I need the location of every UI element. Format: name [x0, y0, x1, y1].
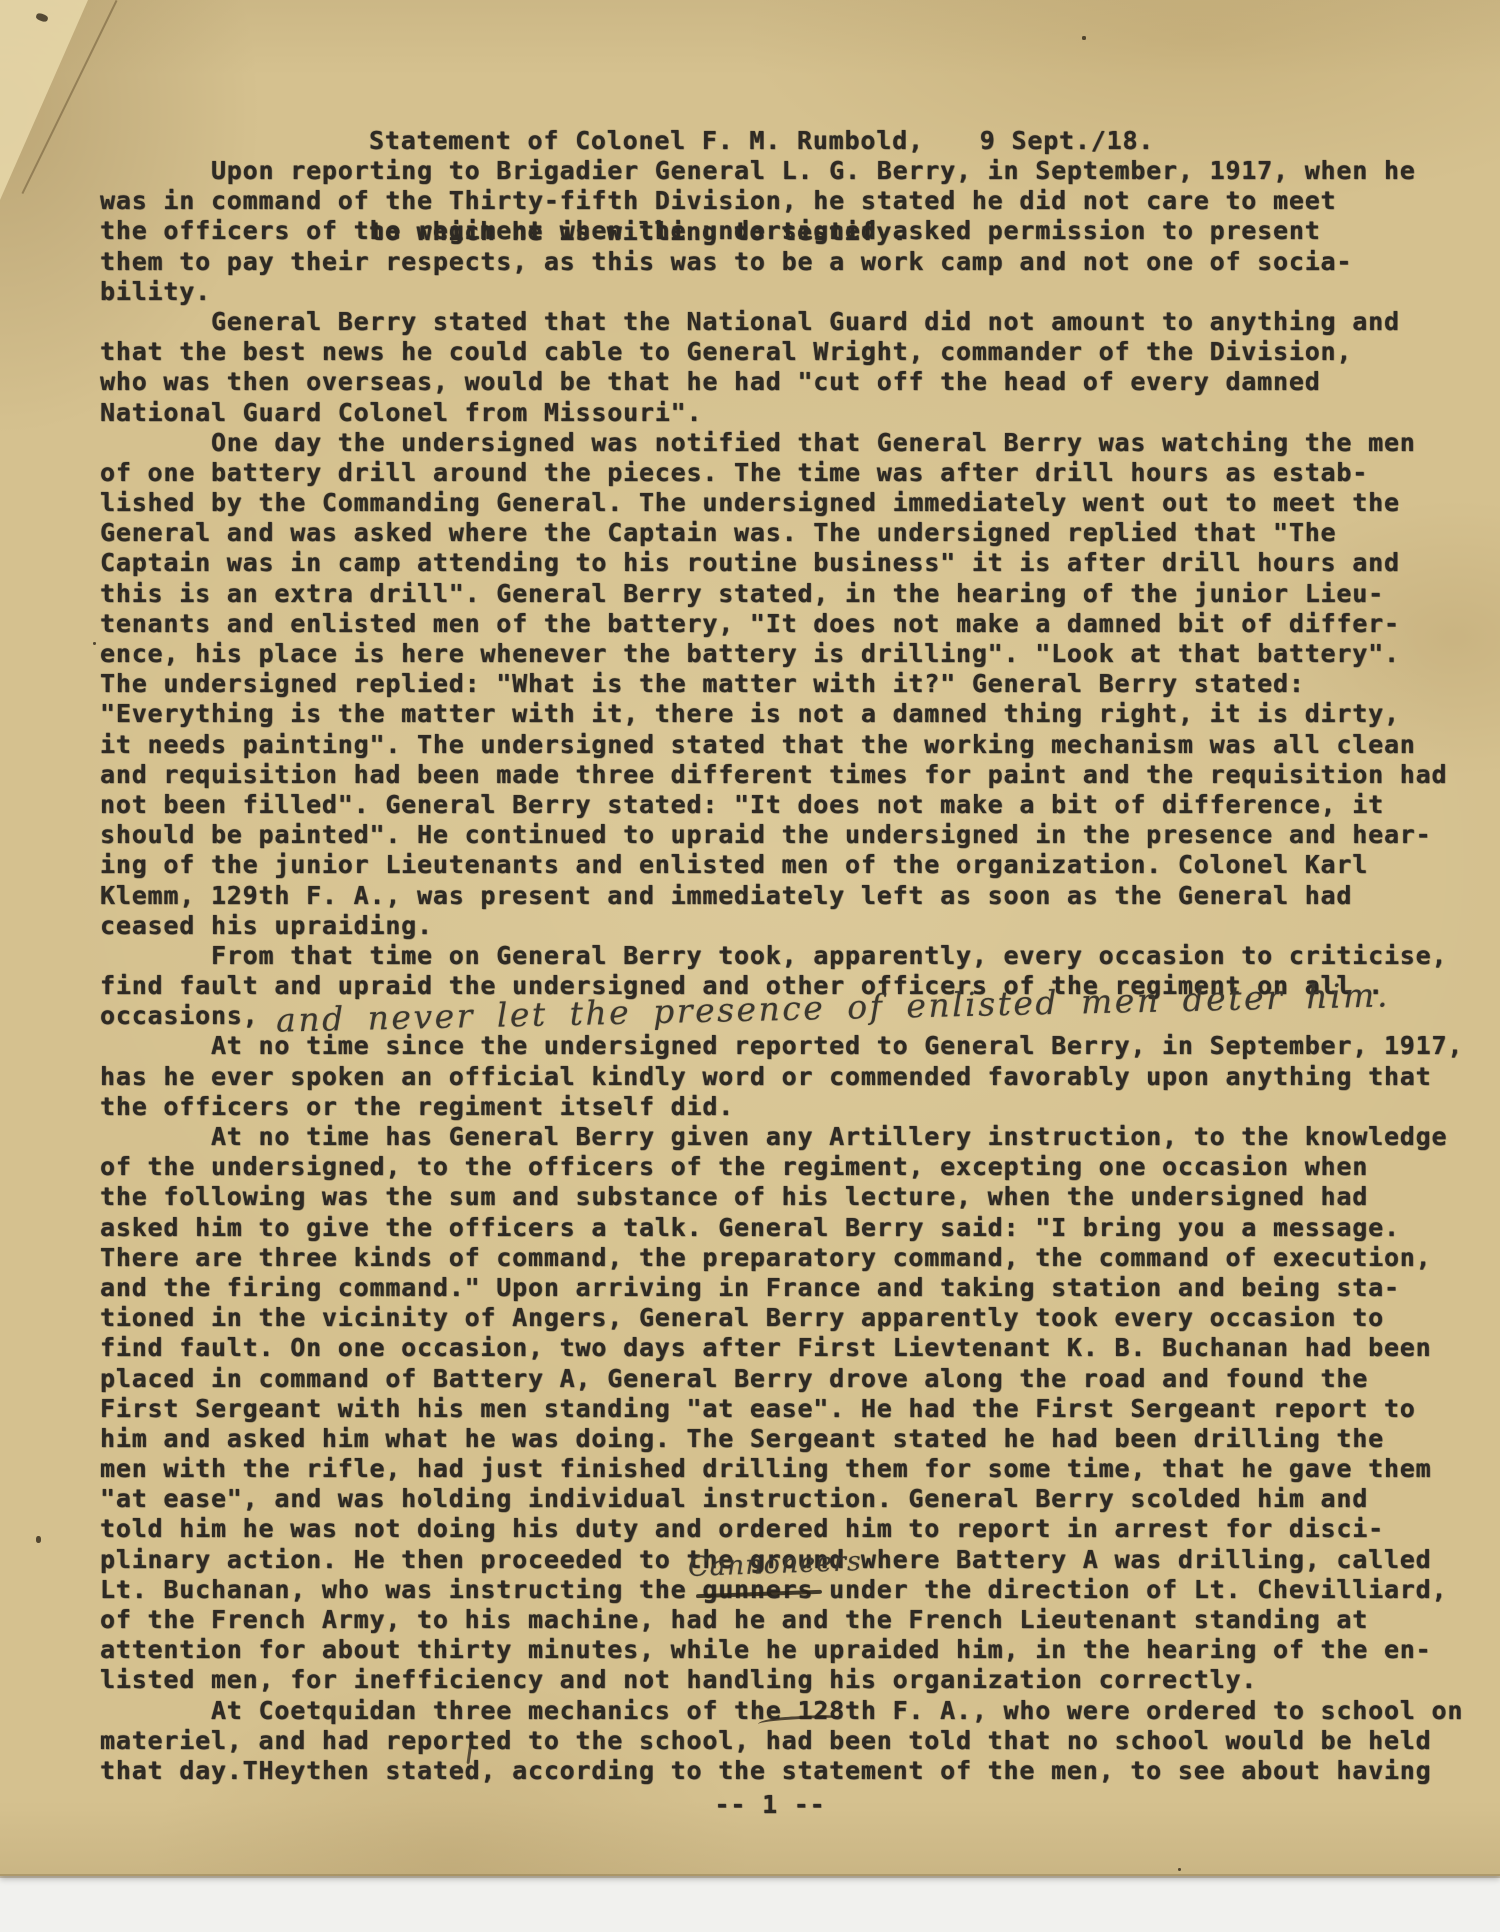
typed-line: materiel, and had reported to the school…: [100, 1726, 1460, 1756]
typed-line: "at ease", and was holding individual in…: [100, 1484, 1460, 1514]
typed-body: Upon reporting to Brigadier General L. G…: [100, 156, 1460, 1786]
typed-line: not been filled". General Berry stated: …: [100, 790, 1460, 820]
typed-line: bility.: [100, 277, 1460, 307]
typed-line: has he ever spoken an official kindly wo…: [100, 1062, 1460, 1092]
paper-stain: [93, 642, 96, 645]
document-page: Statement of Colonel F. M. Rumbold, 9 Se…: [0, 0, 1500, 1876]
typed-line: placed in command of Battery A, General …: [100, 1364, 1460, 1394]
typed-line: of the French Army, to his machine, had …: [100, 1605, 1460, 1635]
typed-line: At no time has General Berry given any A…: [100, 1122, 1460, 1152]
typed-line: "Everything is the matter with it, there…: [100, 699, 1460, 729]
typed-line: National Guard Colonel from Missouri".: [100, 398, 1460, 428]
typed-line: them to pay their respects, as this was …: [100, 247, 1460, 277]
page-number: -- 1 --: [0, 1790, 1500, 1819]
typed-line: that the best news he could cable to Gen…: [100, 337, 1460, 367]
scanner-background: Statement of Colonel F. M. Rumbold, 9 Se…: [0, 0, 1500, 1932]
typed-line: First Sergeant with his men standing "at…: [100, 1394, 1460, 1424]
typed-line: the officers or the regiment itself did.: [100, 1092, 1460, 1122]
folded-corner: [0, 0, 88, 200]
typed-line: find fault. On one occasion, two days af…: [100, 1333, 1460, 1363]
typed-line: General Berry stated that the National G…: [100, 307, 1460, 337]
typed-line: ing of the junior Lieutenants and enlist…: [100, 850, 1460, 880]
typed-line: ceased his upraiding.: [100, 911, 1460, 941]
typed-line: tioned in the vicinity of Angers, Genera…: [100, 1303, 1460, 1333]
typed-line: this is an extra drill". General Berry s…: [100, 579, 1460, 609]
typed-line: asked him to give the officers a talk. G…: [100, 1213, 1460, 1243]
typed-line: attention for about thirty minutes, whil…: [100, 1635, 1460, 1665]
paper-stain: [36, 1536, 41, 1543]
typed-line: lished by the Commanding General. The un…: [100, 488, 1460, 518]
typed-line: it needs painting". The undersigned stat…: [100, 730, 1460, 760]
typed-line: The undersigned replied: "What is the ma…: [100, 669, 1460, 699]
typed-line: and the firing command." Upon arriving i…: [100, 1273, 1460, 1303]
typed-line: told him he was not doing his duty and o…: [100, 1514, 1460, 1544]
typed-line: Captain was in camp attending to his rou…: [100, 548, 1460, 578]
scanner-speck: [1178, 1868, 1181, 1871]
typed-line: ence, his place is here whenever the bat…: [100, 639, 1460, 669]
typed-line: From that time on General Berry took, ap…: [100, 941, 1460, 971]
typed-line: him and asked him what he was doing. The…: [100, 1424, 1460, 1454]
typed-line: Upon reporting to Brigadier General L. G…: [100, 156, 1460, 186]
typed-line: men with the rifle, had just finished dr…: [100, 1454, 1460, 1484]
typed-line: of the undersigned, to the officers of t…: [100, 1152, 1460, 1182]
typed-line: who was then overseas, would be that he …: [100, 367, 1460, 397]
typed-line: One day the undersigned was notified tha…: [100, 428, 1460, 458]
paper-stain: [1082, 36, 1086, 40]
handwritten-correction: Cannoneers: [688, 1546, 863, 1583]
typed-line: There are three kinds of command, the pr…: [100, 1243, 1460, 1273]
paper-bottom-edge: [0, 1874, 1500, 1878]
document-date: 9 Sept./18.: [980, 126, 1154, 156]
typed-line: and requisition had been made three diff…: [100, 760, 1460, 790]
typed-line: the following was the sum and substance …: [100, 1182, 1460, 1212]
typed-line: of one battery drill around the pieces. …: [100, 458, 1460, 488]
typed-line: Klemm, 129th F. A., was present and imme…: [100, 881, 1460, 911]
typed-line: tenants and enlisted men of the battery,…: [100, 609, 1460, 639]
typed-line: General and was asked where the Captain …: [100, 518, 1460, 548]
typed-line: should be painted". He continued to upra…: [100, 820, 1460, 850]
typed-line: the officers of the regiment when the un…: [100, 216, 1460, 246]
typed-line: that day.THeythen stated, according to t…: [100, 1756, 1460, 1786]
document-title-line1: Statement of Colonel F. M. Rumbold,: [369, 126, 924, 156]
typed-line: was in command of the Thirty-fifth Divis…: [100, 186, 1460, 216]
typed-line: listed men, for inefficiency and not han…: [100, 1665, 1460, 1695]
